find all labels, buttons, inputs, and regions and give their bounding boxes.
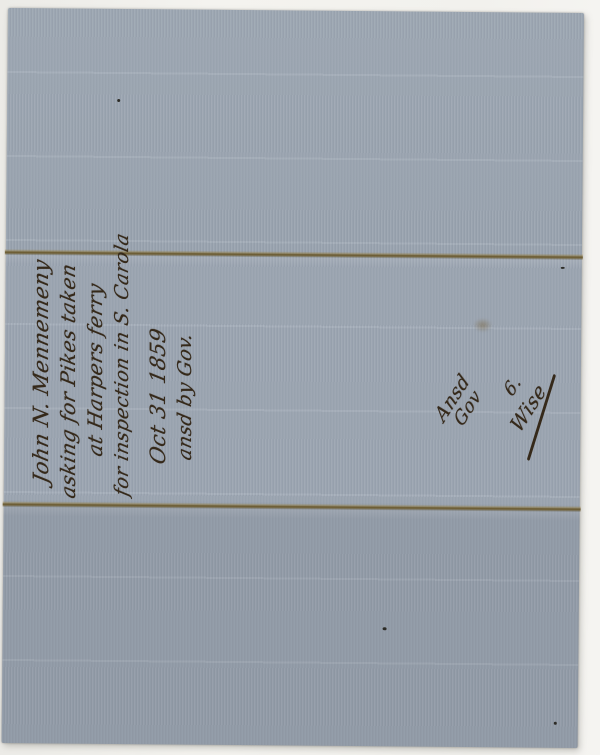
scan-background: John N. Mennemeny asking for Pikes taken… bbox=[0, 0, 600, 755]
docket-line-name: John N. Mennemeny bbox=[28, 245, 55, 486]
ink-speck bbox=[117, 99, 120, 102]
ink-speck bbox=[383, 627, 387, 630]
docket-line-purpose: for inspection in S. Carola bbox=[109, 245, 136, 499]
letter-paper: John N. Mennemeny asking for Pikes taken… bbox=[2, 8, 584, 748]
paper-panel-bottom bbox=[2, 505, 580, 748]
fold-crease-highlight bbox=[3, 507, 581, 521]
fold-crease-lower bbox=[3, 501, 581, 512]
docket-note: John N. Mennemeny asking for Pikes taken… bbox=[28, 248, 204, 498]
ink-speck bbox=[561, 267, 565, 269]
docket-line-subject: asking for Pikes taken bbox=[55, 245, 82, 501]
paper-panel-top bbox=[6, 8, 584, 255]
docket-line-answered: ansd by Gov. bbox=[172, 245, 199, 463]
docket-line-date: Oct 31 1859 bbox=[145, 245, 172, 467]
docket-line-place: at Harpers ferry bbox=[82, 245, 109, 459]
side-annotation: Ansd Gov 6. Wise bbox=[426, 291, 600, 482]
fold-crease-line bbox=[3, 501, 581, 512]
ink-speck bbox=[554, 722, 557, 725]
